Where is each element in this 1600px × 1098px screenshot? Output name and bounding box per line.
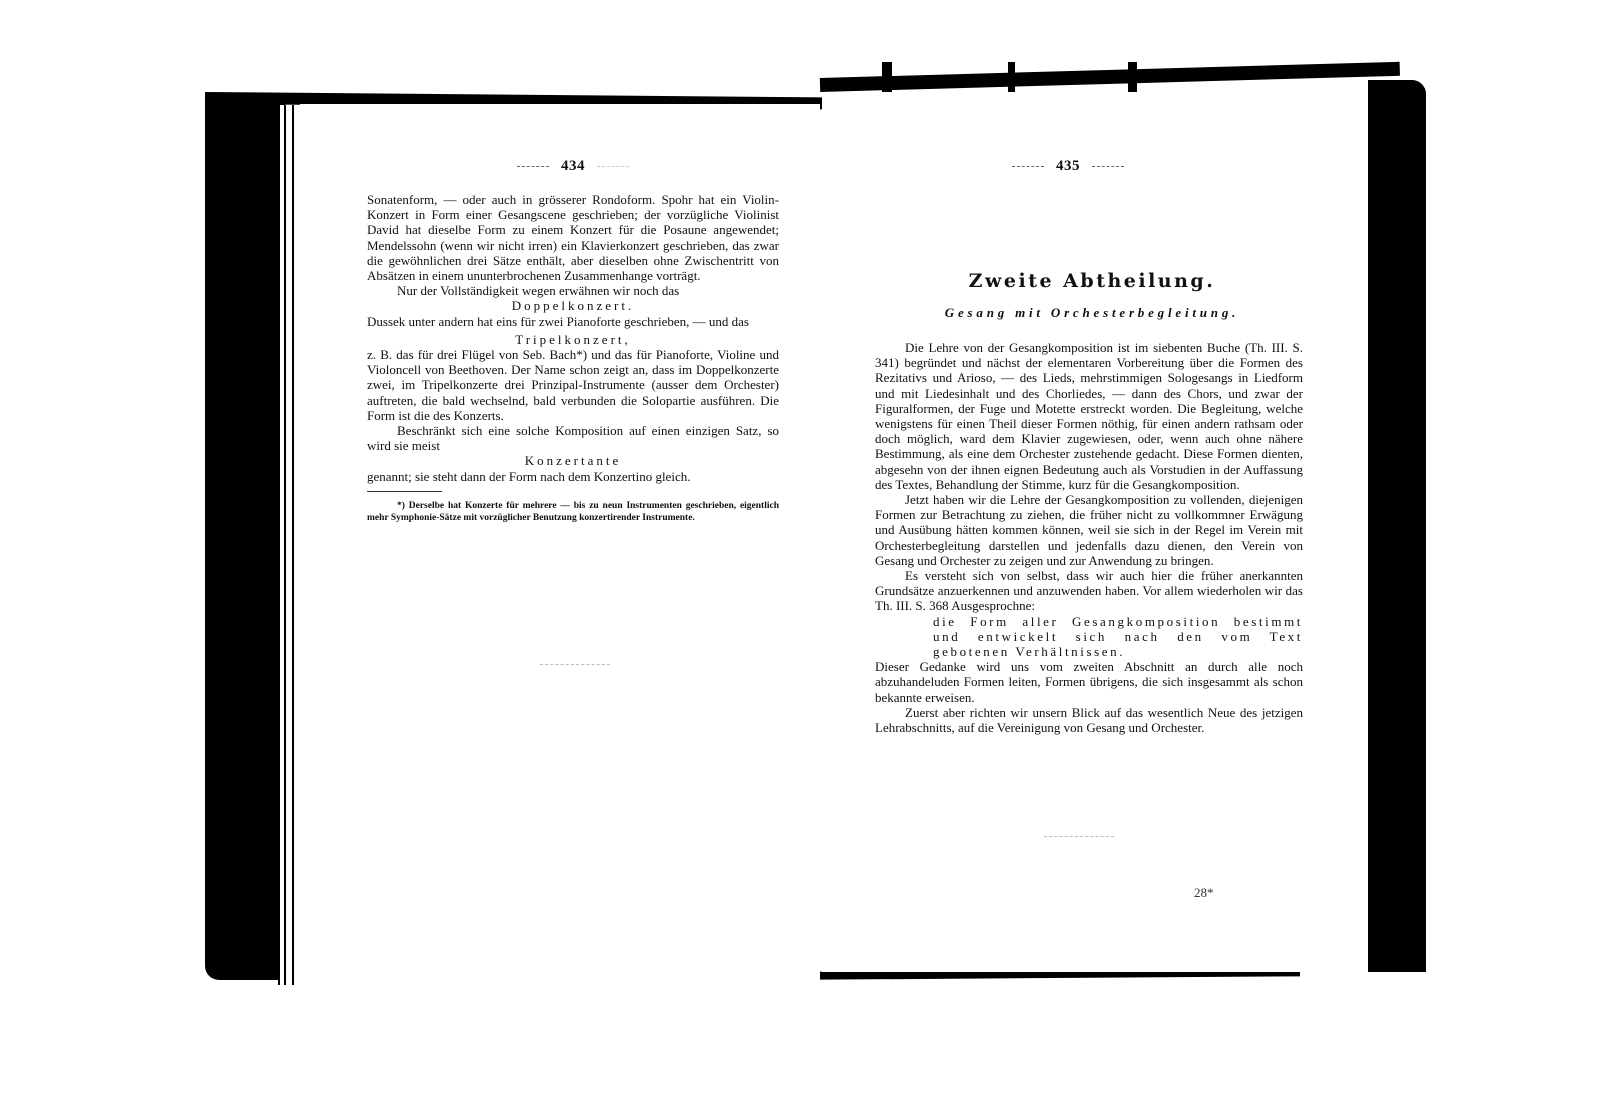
paragraph: z. B. das für drei Flügel von Seb. Bach*…	[367, 347, 779, 423]
end-ornament	[1044, 836, 1114, 837]
ornament-dash	[1092, 166, 1124, 167]
page-number: 434	[561, 158, 585, 174]
paragraph: Dussek unter andern hat eins für zwei Pi…	[367, 314, 779, 329]
paragraph: Sonatenform, — oder auch in grösserer Ro…	[367, 192, 779, 283]
paragraph: Jetzt haben wir die Lehre der Gesangkomp…	[875, 492, 1303, 568]
book-top-edge-right	[820, 62, 1400, 92]
chapter-title: Zweite Abtheilung.	[822, 270, 1362, 292]
section-heading-doppelkonzert: Doppelkonzert.	[367, 298, 779, 313]
paragraph: genannt; sie steht dann der Form nach de…	[367, 469, 779, 484]
ornament-dash	[597, 166, 629, 167]
paragraph: Beschränkt sich eine solche Komposition …	[367, 423, 779, 453]
footnote-rule	[367, 491, 442, 492]
page-number: 435	[1056, 158, 1080, 174]
ornament-dash	[1012, 166, 1044, 167]
section-heading-konzertante: Konzertante	[367, 453, 779, 468]
right-page-body: Die Lehre von der Gesangkomposition ist …	[875, 340, 1303, 735]
right-page: 435 Zweite Abtheilung. Gesang mit Orches…	[822, 92, 1362, 972]
paragraph: Dieser Gedanke wird uns vom zweiten Absc…	[875, 659, 1303, 705]
paragraph: Es versteht sich von selbst, dass wir au…	[875, 568, 1303, 614]
paragraph: Nur der Vollständigkeit wegen erwähnen w…	[367, 283, 779, 298]
end-ornament	[540, 664, 610, 665]
chapter-subtitle: Gesang mit Orchesterbegleitung.	[822, 305, 1362, 321]
right-page-number-header: 435	[1000, 158, 1136, 175]
page-stack-edge	[278, 105, 302, 985]
left-page-number-header: 434	[505, 158, 641, 175]
footnote: *) Derselbe hat Konzerte für mehrere — b…	[367, 500, 779, 524]
printer-signature: 28*	[1194, 885, 1214, 901]
paragraph: Die Lehre von der Gesangkomposition ist …	[875, 340, 1303, 492]
paragraph: Zuerst aber richten wir unsern Blick auf…	[875, 705, 1303, 735]
book-right-edge	[1368, 80, 1426, 972]
block-quote: die Form aller Gesangkomposition bestimm…	[875, 614, 1303, 660]
section-heading-tripelkonzert: Tripelkonzert,	[367, 332, 779, 347]
book-left-edge	[205, 95, 285, 980]
left-page-body: Sonatenform, — oder auch in grösserer Ro…	[367, 192, 779, 524]
ornament-dash	[517, 166, 549, 167]
left-page: 434 Sonatenform, — oder auch in grössere…	[300, 104, 820, 972]
